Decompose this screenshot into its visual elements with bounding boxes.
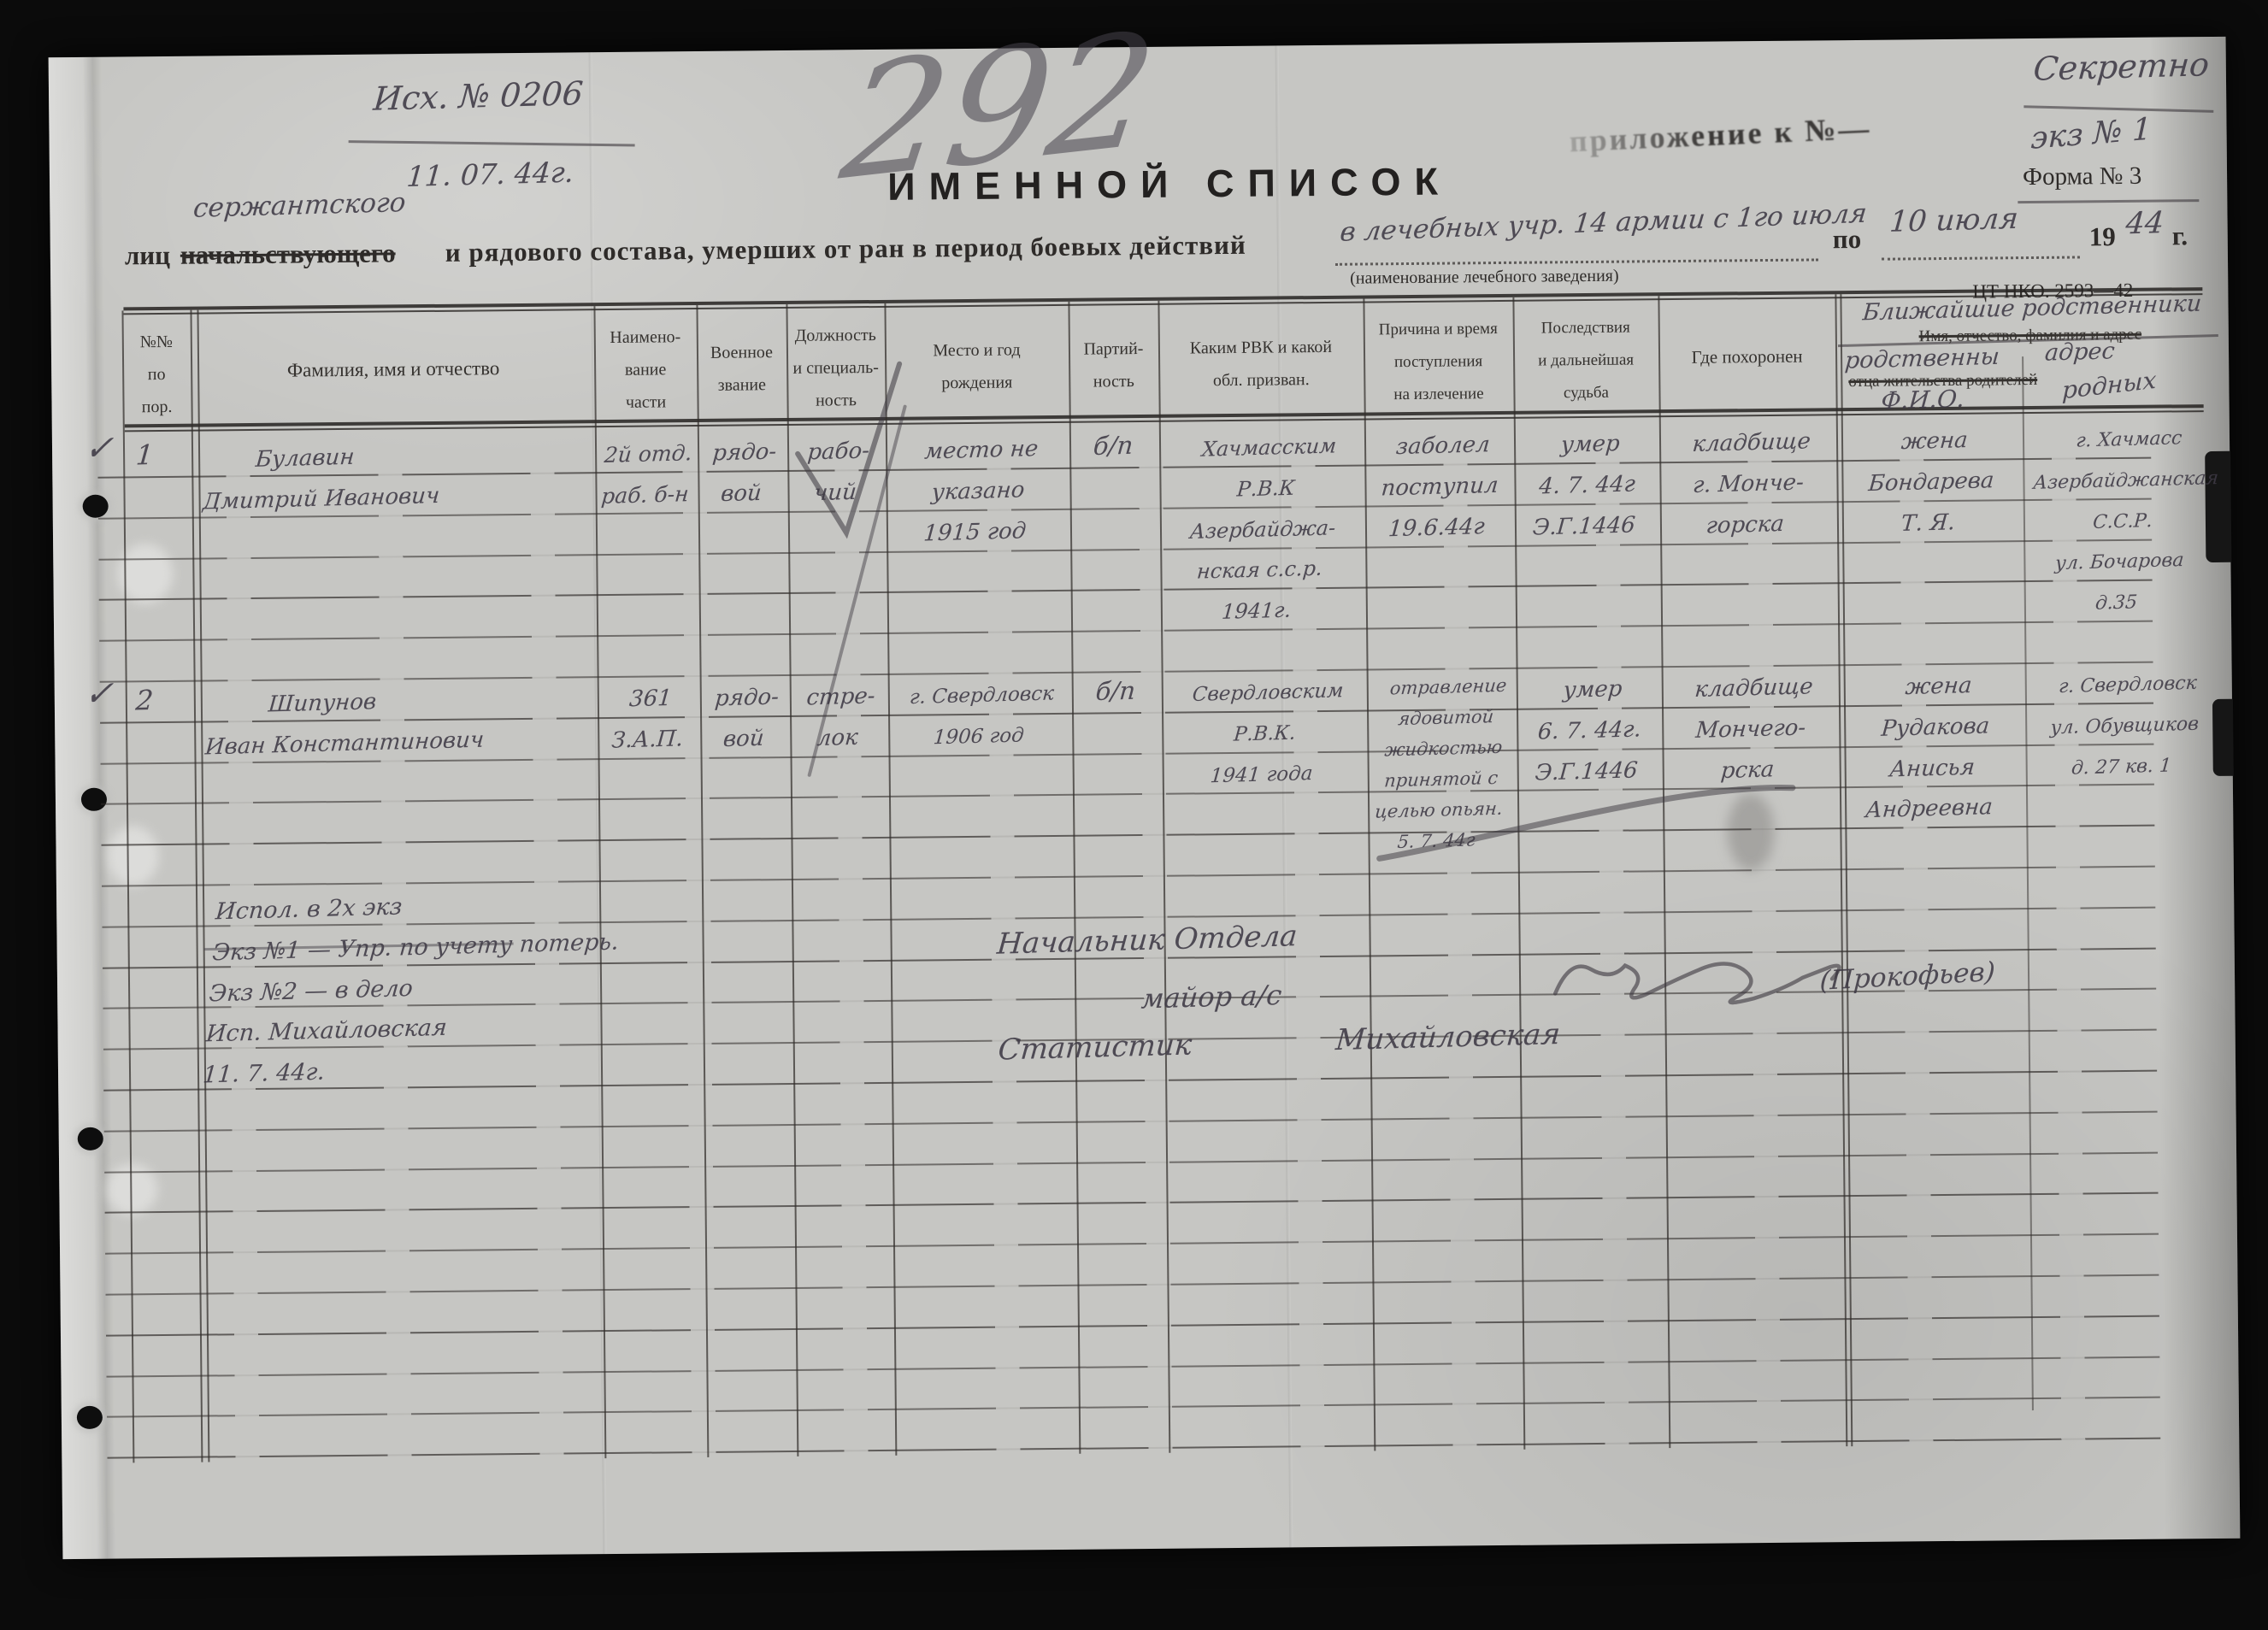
subtitle-handwritten-correction: сержантского — [192, 187, 407, 224]
cell-position: рабо- чий — [785, 431, 890, 515]
statistician-name: Михайловская — [1334, 1017, 1562, 1057]
cell-rvk: Свердловским Р.В.К. 1941 года — [1158, 670, 1373, 798]
cell-birth: г. Свердловск 1906 год — [885, 674, 1075, 760]
chief-rank: майор а/с — [1140, 979, 1283, 1015]
cell-rank: рядо- вой — [697, 677, 793, 761]
subtitle-year-printed: 19 — [2089, 221, 2116, 252]
paper-crease — [1275, 45, 1293, 1547]
subtitle-prefix: лиц — [125, 240, 170, 272]
secrecy-label: Секретно — [2032, 45, 2211, 88]
statistician-label: Статистик — [997, 1027, 1193, 1067]
cell-cause: отравление ядовитой жидкостью принятой с… — [1360, 669, 1524, 858]
col-header-party: Партий- ность — [1069, 332, 1159, 398]
underline-stroke — [2024, 105, 2213, 113]
outgoing-number: Исх. № 0206 — [372, 74, 585, 118]
col-header-num: №№ по пор. — [122, 326, 191, 424]
outgoing-date: 11. 07. 44г. — [405, 156, 574, 193]
col-header-relatives-struck1: Имя, отчество, фамилия и адрес — [1847, 324, 2214, 348]
row-check: ✓ — [83, 674, 115, 715]
col-header-birth: Место и год рождения — [885, 333, 1069, 400]
punch-hole — [81, 788, 107, 811]
glue-spot — [107, 826, 159, 886]
punch-hole — [78, 1127, 103, 1150]
fill-line — [1882, 256, 2080, 260]
col-header-name: Фамилия, имя и отчество — [192, 351, 594, 388]
cell-outcome: умер 6. 7. 44г. Э.Г.1446 — [1512, 668, 1667, 795]
col-header-rvk: Каким РВК и какой обл. призван. — [1158, 331, 1364, 397]
punch-hole — [83, 495, 109, 518]
page-title: ИМЕННОЙ СПИСОК — [862, 159, 1477, 209]
cell-address: г. Хачмасс Азербайджанская С.С.Р. ул. Бо… — [2015, 417, 2230, 627]
col-header-cause: Причина и время поступления на излечение — [1364, 313, 1514, 412]
paper-sheet: Исх. № 0206 11. 07. 44г. 292 приложение … — [49, 37, 2241, 1559]
col-header-rank: Военное звание — [697, 336, 787, 402]
subtitle-year-handwritten: 44 — [2124, 206, 2165, 241]
subtitle-main-text: и рядового состава, умерших от ран в пер… — [445, 230, 1246, 268]
cell-cause: заболел поступил 19.6.44г — [1360, 424, 1519, 550]
fill-line — [1335, 258, 1818, 265]
cell-burial: кладбище Мончего- рска — [1658, 666, 1844, 793]
col-header-unit: Наимено- вание части — [594, 321, 698, 419]
punch-hole — [77, 1406, 103, 1429]
chief-title: Начальник Отдела — [996, 919, 1299, 962]
subtitle-struck-word: начальствующего — [180, 238, 396, 270]
row-number: 1 — [134, 435, 155, 476]
table-ruled-line — [107, 1438, 2160, 1459]
cell-rvk: Хачмасским Р.В.К Азербайджа- нская с.с.р… — [1152, 425, 1373, 635]
cell-position: стре- лок — [786, 676, 892, 761]
subtitle-date-fill: 10 июля — [1888, 202, 2019, 239]
cell-burial: кладбище г. Монче- горска — [1655, 421, 1841, 548]
executor-notes: Испол. в 2х экз Экз №1 — Упр. по учету п… — [201, 879, 696, 1096]
cell-rank: рядо- вой — [695, 432, 792, 515]
cell-relatives: жена Бондарева Т. Я. — [1835, 419, 2029, 546]
col-header-position: Должность и специаль- ность — [786, 319, 886, 417]
subtitle-g: г. — [2172, 221, 2188, 251]
subtitle-institution-fill: в лечебных учр. 14 армии с 1го июля — [1339, 198, 1869, 248]
attachment-stamp: приложение к №— — [1569, 110, 1872, 160]
cell-name: Шипунов Иван Константинович — [203, 676, 595, 768]
col-header-outcome: Последствия и дальнейшая судьба — [1513, 311, 1659, 410]
row-check: ✓ — [83, 428, 115, 470]
col-header-relatives-mid-right: адрес — [2044, 338, 2116, 366]
cell-unit: 2й отд. раб. б-н — [592, 433, 702, 517]
form-number: Форма № 3 — [2023, 162, 2141, 191]
row-number: 2 — [134, 680, 155, 721]
col-header-relatives-mid-left: родственны — [1844, 344, 2000, 374]
cell-unit: 361 З.А.П. — [594, 678, 704, 762]
cell-address: г. Свердловск ул. Обувщиков д. 27 кв. 1 — [2020, 662, 2229, 791]
institution-caption: (наименование лечебного заведения) — [1350, 267, 1619, 289]
cell-name: Булавин Дмитрий Иванович — [201, 431, 592, 523]
cell-party: б/п — [1094, 671, 1137, 713]
cell-birth: место не указано 1915 год — [881, 428, 1075, 556]
col-header-burial: Где похоронен — [1658, 339, 1835, 374]
col-header-relatives-fio: Ф.И.О. — [1880, 385, 1965, 415]
cell-relatives: жена Рудакова Анисья Андреевна — [1835, 664, 2032, 833]
signature-stroke — [1555, 962, 1840, 1004]
copy-number: экз № 1 — [2030, 112, 2153, 156]
scanned-document-page: Исх. № 0206 11. 07. 44г. 292 приложение … — [0, 0, 2268, 1630]
subtitle-po: по — [1833, 224, 1862, 255]
underline-stroke — [2018, 199, 2199, 203]
cell-outcome: умер 4. 7. 44г Э.Г.1446 — [1510, 423, 1664, 550]
ink-stain — [1727, 793, 1775, 871]
cell-party: б/п — [1092, 426, 1134, 468]
